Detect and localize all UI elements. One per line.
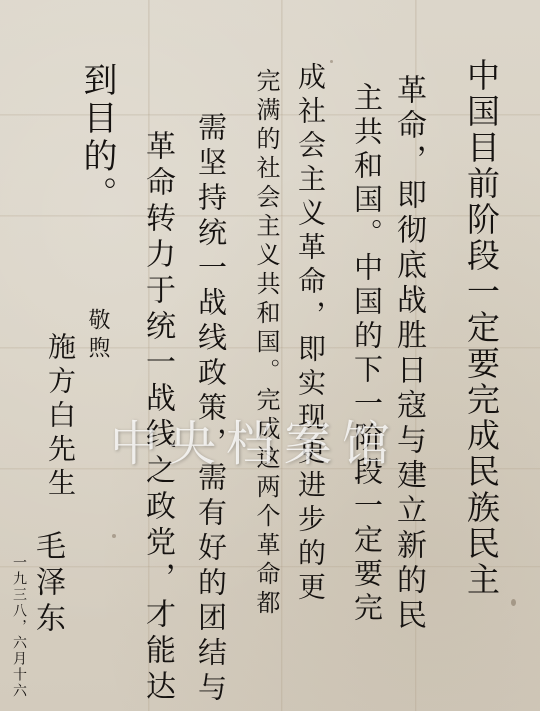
letter-column-4: 成社会主义革命，即实现更进步的更 [296,62,324,606]
letter-column-2: 革命，即彻底战胜日寇与建立新的民 [393,74,423,634]
letter-paper: 中国目前阶段一定要完成民族民主 革命，即彻底战胜日寇与建立新的民 主共和国。中国… [0,0,540,711]
letter-column-7: 革命转力于统一战线之政党，才能达 [142,130,172,706]
letter-column-5: 完满的社会主义共和国。完成这两个革命都 [254,68,278,619]
letter-column-6: 需坚持统一战线政策，需有好的团结与 [196,112,225,707]
letter-column-1: 中国目前阶段一定要完成民族民主 [465,58,498,598]
fold-line-vertical-center [281,0,283,711]
recipient-name: 施方白先生 [46,332,74,502]
signature: 毛泽东 [32,530,62,638]
letter-column-3: 主共和国。中国的下一阶段一定要完 [352,82,381,626]
paper-stain [112,534,116,538]
closing-salutation: 敬煦 [86,308,108,364]
paper-stain [330,60,333,63]
letter-date: 一九三八，六月十六 [12,555,26,699]
letter-column-8: 到目的。 [80,62,114,214]
paper-stain [511,599,516,606]
